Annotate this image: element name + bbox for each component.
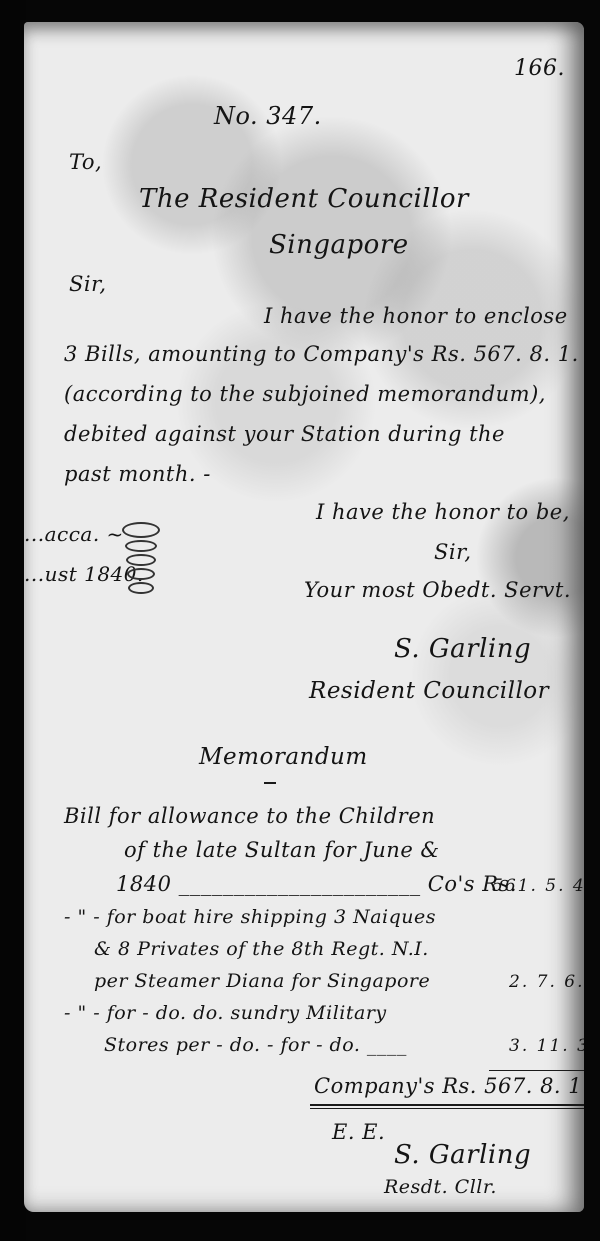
body-line: debited against your Station during the [64, 422, 505, 446]
salutation: Sir, [69, 272, 107, 296]
letter-number: No. 347. [214, 102, 322, 130]
signature-title: Resident Councillor [309, 678, 549, 704]
body-line: (according to the subjoined memorandum), [64, 382, 546, 406]
body-line: 3 Bills, amounting to Company's Rs. 567.… [64, 342, 579, 366]
ee-mark: E. E. [332, 1120, 385, 1144]
memo-item-line: & 8 Privates of the 8th Regt. N.I. [94, 938, 429, 960]
memo-item-line: Bill for allowance to the Children [64, 804, 435, 828]
closing-line: Sir, [434, 540, 472, 564]
memo-item-amount: 561. 5. 4. [492, 876, 584, 896]
body-line: past month. - [64, 462, 211, 486]
memo-item-line: Stores per - do. - for - do. ____ [104, 1034, 407, 1056]
memo-item-amount: 2. 7. 6. [509, 972, 584, 992]
closing-line: I have the honor to be, [316, 500, 570, 524]
memo-item-line: - " - for - do. do. sundry Military [64, 1002, 387, 1024]
addressee-line-2: Singapore [269, 230, 409, 260]
memo-item-line: per Steamer Diana for Singapore [94, 970, 430, 992]
memo-item-line: - " - for boat hire shipping 3 Naiques [64, 906, 436, 928]
total-rule [310, 1104, 584, 1106]
margin-note-line-1: ...acca. ~ [24, 522, 124, 546]
memorandum-title: Memorandum [199, 744, 368, 770]
addressee-line-1: The Resident Councillor [139, 184, 469, 214]
salutation-to: To, [69, 150, 102, 174]
document-page: 166. No. 347. To, The Resident Councillo… [24, 22, 584, 1212]
subtotal-rule [489, 1070, 584, 1071]
signature: S. Garling [394, 634, 531, 664]
scan-border [0, 0, 26, 1241]
title-dash [264, 782, 276, 784]
memo-item-line: of the late Sultan for June & [124, 838, 440, 862]
body-line: I have the honor to enclose [264, 304, 568, 328]
memo-total: Company's Rs. 567. 8. 1. [314, 1074, 584, 1098]
memo-item-amount: 3. 11. 3. [509, 1036, 584, 1056]
closing-line: Your most Obedt. Servt. [304, 578, 571, 602]
total-rule-double [310, 1108, 584, 1109]
footer-signature: S. Garling [394, 1140, 531, 1170]
footer-title: Resdt. Cllr. [384, 1176, 497, 1198]
paraph-flourish-icon [122, 522, 160, 580]
folio-number: 166. [514, 56, 565, 81]
memo-item-line: 1840 ______________________ Co's Rs. [116, 872, 517, 896]
